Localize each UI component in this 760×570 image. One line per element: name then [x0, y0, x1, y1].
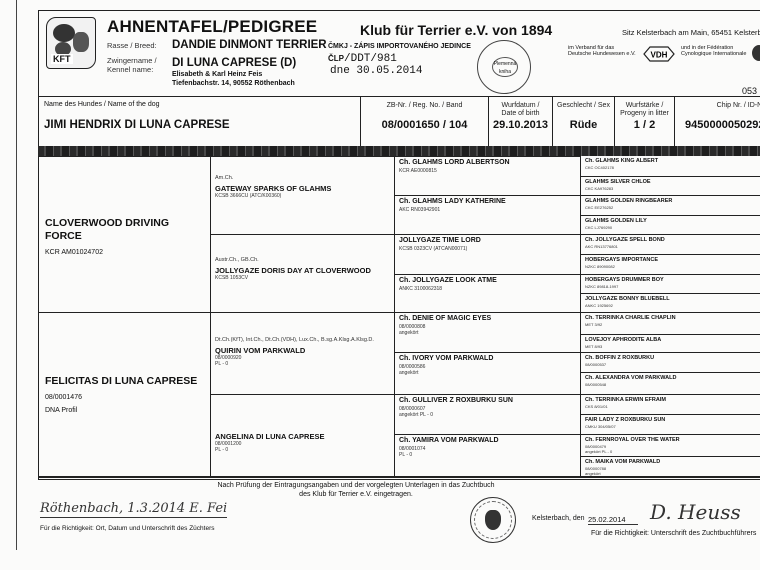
ancestor-title: Austr.Ch., GB.Ch.: [215, 257, 390, 263]
ancestor-reg: ANKC 3100062318: [399, 286, 576, 292]
document-number: 053: [742, 86, 757, 96]
ancestor-reg: ANKC 1925692: [585, 303, 760, 308]
dob-label-line-1: Wurfdatum /: [489, 102, 552, 110]
ancestor-name: FAIR LADY Z ROXBURKU SUN: [585, 417, 760, 424]
kft-logo-text: KFT: [51, 54, 73, 64]
litter-label-line-1: Wurfstärke /: [615, 102, 674, 110]
ancestor-name: Ch. GLAHMS LADY KATHERINE: [399, 198, 576, 205]
ancestor-reg: KCSB 3666CU (ATC/K00360): [215, 193, 390, 199]
ancestor-name: Ch. DENIE OF MAGIC EYES: [399, 315, 576, 322]
dam-cell: FELICITAS DI LUNA CAPRESE 08/0001476 DNA…: [38, 312, 210, 476]
gen4-ancestor-3: GLAHMS GOLDEN RINGBEARERCKC EE276252: [580, 195, 760, 215]
ancestor-name: ANGELINA DI LUNA CAPRESE: [215, 432, 390, 441]
dam-name: FELICITAS DI LUNA CAPRESE: [45, 375, 204, 388]
sex-value: Rüde: [553, 119, 614, 131]
kennel-label: Zwingername / Kennel name:: [107, 56, 157, 74]
gen4-ancestor-13: Ch. TERRINKA ERWIN EFRAIMCKS 8/01/01: [580, 394, 760, 414]
gen4-ancestor-12: Ch. ALEXANDRA VOM PARKWALD08/0000548: [580, 372, 760, 394]
ancestor-reg: KCR AE0000815: [399, 168, 576, 174]
ancestor-name: Ch. FERNROYAL OVER THE WATER: [585, 437, 760, 444]
ancestor-name: QUIRIN VOM PARKWALD: [215, 346, 390, 355]
kennel-label-line-2: Kennel name:: [107, 65, 157, 74]
club-name: Klub für Terrier e.V. von 1894: [360, 22, 552, 38]
reg-cell: ZB-Nr. / Reg. No. / Band 08/0001650 / 10…: [360, 97, 488, 147]
ancestor-name: Ch. JOLLYGAZE SPELL BOND: [585, 237, 760, 244]
gen4-ancestor-10: LOVEJOY APHRODITE ALBAMET 8/93: [580, 334, 760, 352]
ancestor-reg: KCSB 0323CV (ATCAN00071): [399, 246, 576, 252]
owner-address: Tiefenbachstr. 14, 90552 Röthenbach: [172, 79, 295, 88]
ancestor-reg: 08/0000537: [585, 362, 760, 367]
gen4-ancestor-16: Ch. MAIKA VOM PARKWALD08/0000788angekört: [580, 456, 760, 476]
ancestor-reg: CKC EE276252: [585, 205, 760, 210]
vdh-affiliation: im Verband für das Deutsche Hundewesen e…: [568, 45, 636, 57]
litter-label: Wurfstärke / Progeny in litter: [615, 97, 674, 118]
registrar-signature-label: Für die Richtigkeit: Unterschrift des Zu…: [591, 530, 756, 537]
gen3-ancestor-2: Ch. GLAHMS LADY KATHERINE AKC RN03942901: [394, 195, 580, 234]
import-date: dne 30.05.2014: [330, 65, 422, 77]
gen4-ancestor-7: HOBERGAYS DRUMMER BOYNZKC 89818-1997: [580, 274, 760, 293]
ancestor-reg: MET 8/93: [585, 344, 760, 349]
fci-logo-icon: [752, 45, 760, 61]
ancestor-name: GLAHMS GOLDEN LILY: [585, 218, 760, 225]
ancestor-title: Dt.Ch.(KfT), Int.Ch., Dt.Ch.(VDH), Lux.C…: [215, 337, 390, 343]
page-edge-line: [16, 0, 17, 550]
ancestor-name: GLAHMS GOLDEN RINGBEARER: [585, 198, 760, 205]
litter-value: 1 / 2: [615, 119, 674, 131]
ancestor-reg: CKC LJ769290: [585, 225, 760, 230]
ancestor-name: JOLLYGAZE TIME LORD: [399, 237, 576, 244]
ancestor-name: GLAHMS SILVER CHLOE: [585, 179, 760, 186]
reg-value: 08/0001650 / 104: [361, 119, 488, 131]
ancestor-reg-extra: angekört: [399, 330, 576, 336]
ancestor-name: GATEWAY SPARKS OF GLAHMS: [215, 184, 390, 193]
ancestor-name: Ch. TERRINKA ERWIN EFRAIM: [585, 397, 760, 404]
kennel-value: DI LUNA CAPRESE (D): [172, 57, 296, 69]
registration-note: Nach Prüfung der Eintragungsangaben und …: [206, 481, 506, 499]
vdh-affiliation-line-2: Deutsche Hundewesen e.V.: [568, 51, 636, 57]
gen4-ancestor-5: Ch. JOLLYGAZE SPELL BONDAKC RN13776801: [580, 234, 760, 254]
ancestor-name: Ch. TERRINKA CHARLIE CHAPLIN: [585, 315, 760, 322]
ancestor-name: Ch. IVORY VOM PARKWALD: [399, 355, 576, 362]
dog-info-row: Name des Hundes / Name of the dog JIMI H…: [38, 96, 760, 146]
ancestor-name: Ch. GLAHMS KING ALBERT: [585, 158, 760, 165]
gen3-ancestor-3: JOLLYGAZE TIME LORD KCSB 0323CV (ATCAN00…: [394, 234, 580, 274]
header-divider-bar: [38, 146, 760, 156]
gen4-ancestor-15: Ch. FERNROYAL OVER THE WATER08/0000479an…: [580, 434, 760, 456]
ancestor-reg: KCSB 1053CV: [215, 275, 390, 281]
ancestor-name: JOLLYGAZE BONNY BLUEBELL: [585, 296, 760, 303]
sex-cell: Geschlecht / Sex Rüde: [552, 97, 614, 147]
ancestor-name: Ch. GULLIVER Z ROXBURKU SUN: [399, 397, 576, 404]
kft-logo: KFT: [46, 17, 96, 69]
dob-label: Wurfdatum / Date of birth: [489, 97, 552, 118]
ancestor-reg: NZKC 89090082: [585, 264, 760, 269]
ancestor-name: JOLLYGAZE DORIS DAY AT CLOVERWOOD: [215, 266, 390, 275]
clp-prefix: ČLP: [328, 54, 344, 63]
ancestor-name: LOVEJOY APHRODITE ALBA: [585, 337, 760, 344]
chip-cell: Chip Nr. / ID-No. 94500000502922: [674, 97, 760, 147]
ancestor-name: HOBERGAYS IMPORTANCE: [585, 257, 760, 264]
breed-label: Rasse / Breed:: [107, 41, 157, 50]
fci-affiliation-line-2: Cynologique Internationale: [681, 51, 746, 57]
registration-note-line-2: des Klub für Terrier e.V. eingetragen.: [206, 490, 506, 499]
reg-label: ZB-Nr. / Reg. No. / Band: [361, 97, 488, 110]
dob-label-line-2: Date of birth: [489, 110, 552, 118]
breeder-signature: Röthenbach, 1.3.2014 E. Fei: [40, 501, 227, 518]
gen4-ancestor-6: HOBERGAYS IMPORTANCENZKC 89090082: [580, 254, 760, 274]
chip-label: Chip Nr. / ID-No.: [675, 97, 760, 110]
dog-name: JIMI HENDRIX DI LUNA CAPRESE: [44, 119, 230, 131]
ancestor-name: Ch. BOFFIN Z ROXBURKU: [585, 355, 760, 362]
svg-text:VDH: VDH: [651, 51, 668, 60]
ancestor-name: Ch. ALEXANDRA VOM PARKWALD: [585, 375, 760, 382]
ancestor-reg-extra: angekört PL - 0: [585, 449, 760, 454]
clp-number: ČLP/DDT/981: [328, 53, 397, 65]
ancestor-reg: CKS 8/01/01: [585, 404, 760, 409]
ancestor-reg-extra: angekört PL - 0: [399, 412, 576, 418]
ancestor-name: Ch. GLAHMS LORD ALBERTSON: [399, 159, 576, 166]
ancestor-reg: 08/0000548: [585, 382, 760, 387]
ancestor-reg: MET 3/92: [585, 322, 760, 327]
fci-affiliation: und in der Fédération Cynologique Intern…: [681, 45, 746, 57]
cmkj-import-label: ČMKJ - ZÁPIS IMPORTOVANÉHO JEDINCE: [328, 43, 471, 50]
litter-cell: Wurfstärke / Progeny in litter 1 / 2: [614, 97, 674, 147]
litter-label-line-2: Progeny in litter: [615, 110, 674, 118]
cmkj-stamp: Plemenná kniha: [477, 40, 531, 94]
stamp-inner-text: Plemenná kniha: [492, 57, 518, 77]
ancestor-title: Am.Ch.: [215, 175, 390, 181]
gen2-ancestor-1: Am.Ch. GATEWAY SPARKS OF GLAHMS KCSB 366…: [210, 156, 394, 234]
ancestor-name: HOBERGAYS DRUMMER BOY: [585, 277, 760, 284]
dam-reg: 08/0001476: [45, 394, 204, 401]
gen4-ancestor-9: Ch. TERRINKA CHARLIE CHAPLINMET 3/92: [580, 312, 760, 334]
registration-note-line-1: Nach Prüfung der Eintragungsangaben und …: [206, 481, 506, 490]
club-seal-icon: [470, 497, 516, 543]
vdh-logo-icon: VDH: [642, 46, 676, 62]
gen3-ancestor-7: Ch. GULLIVER Z ROXBURKU SUN 08/0000607 a…: [394, 394, 580, 434]
ancestor-reg-extra: PL - 0: [215, 447, 390, 453]
issue-date: 25.02.2014: [588, 515, 638, 525]
sex-label: Geschlecht / Sex: [553, 97, 614, 110]
ancestor-reg: NZKC 89818-1997: [585, 284, 760, 289]
owner-name: Elisabeth & Karl Heinz Feis: [172, 70, 262, 79]
gen4-ancestor-8: JOLLYGAZE BONNY BLUEBELLANKC 1925692: [580, 293, 760, 312]
breed-value: DANDIE DINMONT TERRIER: [172, 39, 327, 51]
pedigree-document: KFT AHNENTAFEL/PEDIGREE Rasse / Breed: D…: [0, 0, 760, 570]
club-address: Sitz Kelsterbach am Main, 65451 Kelsterb: [622, 28, 760, 37]
gen3-ancestor-8: Ch. YAMIRA VOM PARKWALD 08/0001074 PL - …: [394, 434, 580, 476]
kennel-label-line-1: Zwingername /: [107, 56, 157, 65]
issue-place: Kelsterbach, den: [532, 515, 585, 522]
gen3-ancestor-5: Ch. DENIE OF MAGIC EYES 08/0000808 angek…: [394, 312, 580, 352]
gen4-ancestor-11: Ch. BOFFIN Z ROXBURKU08/0000537: [580, 352, 760, 372]
sire-name: CLOVERWOOD DRIVING FORCE: [45, 217, 204, 243]
gen3-ancestor-1: Ch. GLAHMS LORD ALBERTSON KCR AE0000815: [394, 156, 580, 195]
gen4-ancestor-14: FAIR LADY Z ROXBURKU SUNCMKU 304/05/07: [580, 414, 760, 434]
breeder-signature-label: Für die Richtigkeit: Ort, Datum und Unte…: [40, 525, 214, 532]
dog-name-label: Name des Hundes / Name of the dog: [44, 101, 160, 108]
dob-cell: Wurfdatum / Date of birth 29.10.2013: [488, 97, 552, 147]
ancestor-reg: CKC KA976283: [585, 186, 760, 191]
gen4-ancestor-2: GLAHMS SILVER CHLOECKC KA976283: [580, 176, 760, 195]
chip-value: 94500000502922: [675, 119, 760, 131]
ancestor-name: Ch. JOLLYGAZE LOOK ATME: [399, 277, 576, 284]
ancestor-name: Ch. YAMIRA VOM PARKWALD: [399, 437, 576, 444]
gen2-ancestor-2: Austr.Ch., GB.Ch. JOLLYGAZE DORIS DAY AT…: [210, 234, 394, 312]
document-title: AHNENTAFEL/PEDIGREE: [107, 17, 317, 37]
sire-cell: CLOVERWOOD DRIVING FORCE KCR AM01024702: [38, 156, 210, 312]
table-bottom-border: [38, 476, 760, 478]
ancestor-reg: CKC OC402178: [585, 165, 760, 170]
dob-value: 29.10.2013: [489, 119, 552, 131]
gen2-ancestor-3: Dt.Ch.(KfT), Int.Ch., Dt.Ch.(VDH), Lux.C…: [210, 312, 394, 394]
sire-reg: KCR AM01024702: [45, 249, 204, 256]
ancestor-name: Ch. MAIKA VOM PARKWALD: [585, 459, 760, 466]
clp-value: /DDT/981: [344, 53, 397, 65]
gen2-ancestor-4: ANGELINA DI LUNA CAPRESE 08/0001200 PL -…: [210, 394, 394, 476]
pedigree-table: CLOVERWOOD DRIVING FORCE KCR AM01024702 …: [38, 156, 760, 476]
gen3-ancestor-4: Ch. JOLLYGAZE LOOK ATME ANKC 3100062318: [394, 274, 580, 312]
gen3-ancestor-6: Ch. IVORY VOM PARKWALD 08/0000586 angekö…: [394, 352, 580, 394]
gen4-ancestor-1: Ch. GLAHMS KING ALBERTCKC OC402178: [580, 156, 760, 176]
gen4-ancestor-4: GLAHMS GOLDEN LILYCKC LJ769290: [580, 215, 760, 234]
ancestor-reg-extra: PL - 0: [399, 452, 576, 458]
ancestor-reg: AKC RN13776801: [585, 244, 760, 249]
dam-dna-profile: DNA Profil: [45, 407, 204, 414]
ancestor-reg: CMKU 304/05/07: [585, 424, 760, 429]
ancestor-reg-extra: angekört: [399, 370, 576, 376]
ancestor-reg: AKC RN03942901: [399, 207, 576, 213]
ancestor-reg-extra: PL - 0: [215, 361, 390, 367]
registrar-signature: D. Heuss: [650, 500, 741, 524]
